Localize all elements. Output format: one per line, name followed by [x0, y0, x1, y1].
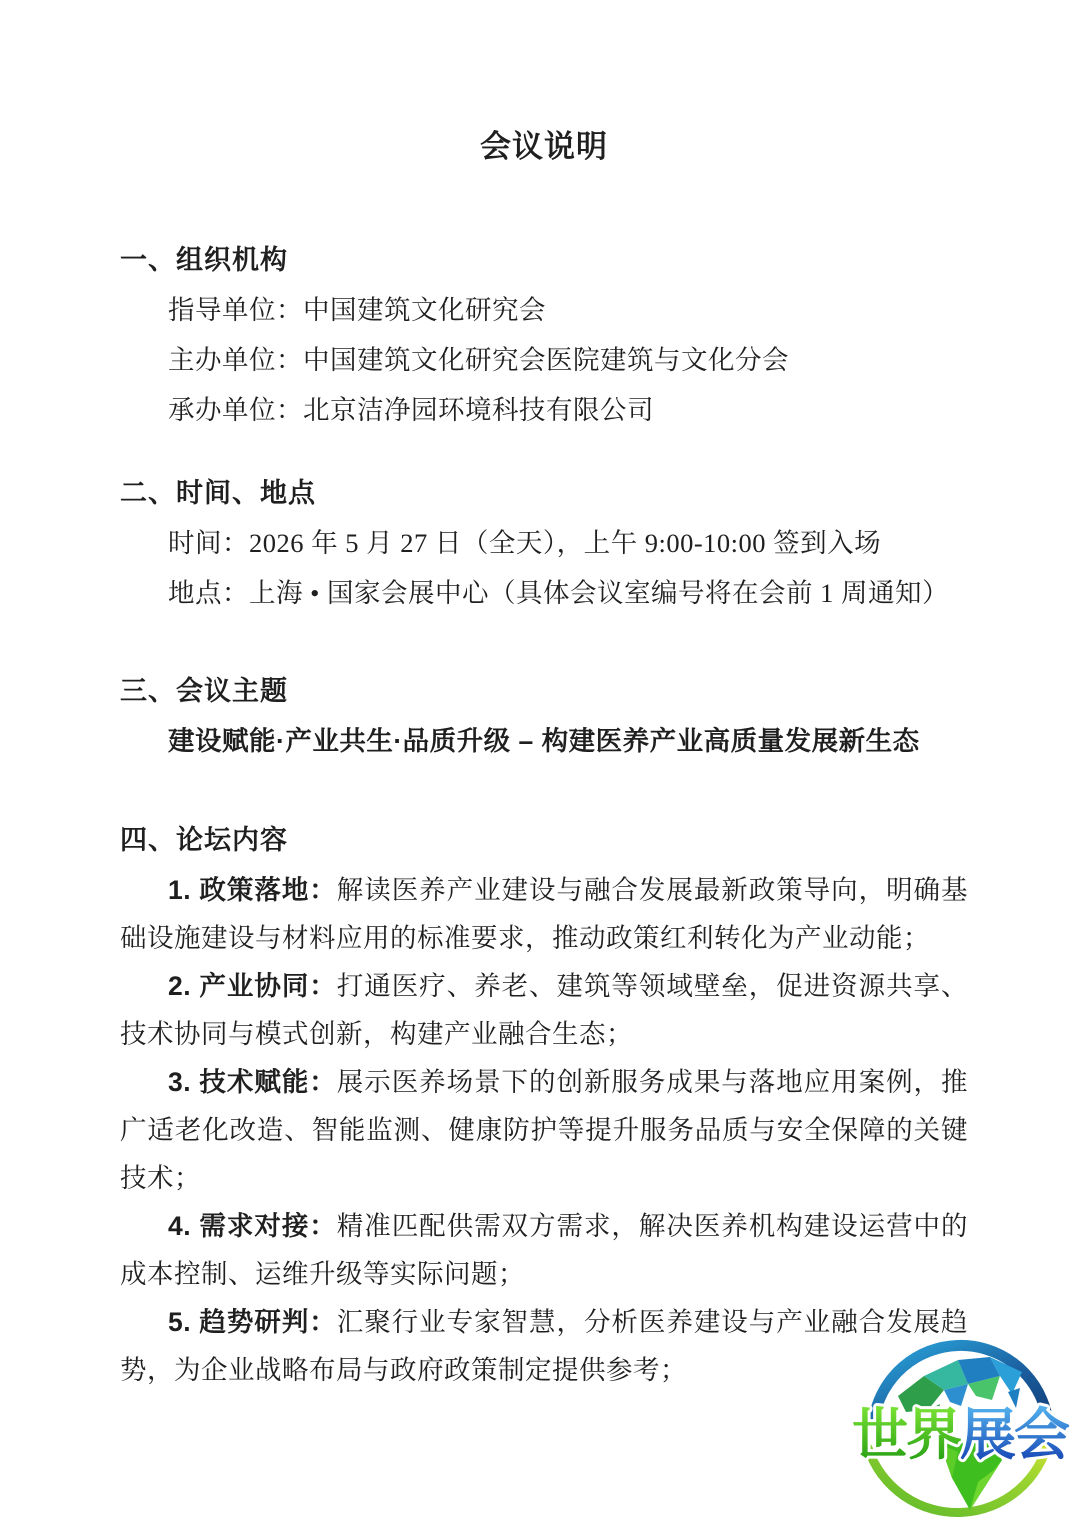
forum-item: 1. 政策落地：解读医养产业建设与融合发展最新政策导向，明确基础设施建设与材料应… — [120, 866, 968, 962]
forum-item: 2. 产业协同：打通医疗、养老、建筑等领域壁垒，促进资源共享、技术协同与模式创新… — [120, 962, 968, 1058]
org-line-guidance: 指导单位：中国建筑文化研究会 — [120, 285, 968, 335]
doc-title: 会议说明 — [120, 128, 968, 166]
org-line-host: 主办单位：中国建筑文化研究会医院建筑与文化分会 — [120, 335, 968, 385]
document-content: 会议说明 一、组织机构 指导单位：中国建筑文化研究会 主办单位：中国建筑文化研究… — [0, 0, 1080, 1394]
forum-item: 3. 技术赋能：展示医养场景下的创新服务成果与落地应用案例，推广适老化改造、智能… — [120, 1058, 968, 1202]
time-line: 时间：2026 年 5 月 27 日（全天），上午 9:00-10:00 签到入… — [120, 518, 968, 568]
forum-item: 4. 需求对接：精准匹配供需双方需求，解决医养机构建设运营中的成本控制、运维升级… — [120, 1202, 968, 1298]
section-forum: 四、论坛内容 1. 政策落地：解读医养产业建设与融合发展最新政策导向，明确基础设… — [120, 822, 968, 1394]
section-theme: 三、会议主题 建设赋能·产业共生·品质升级 – 构建医养产业高质量发展新生态 — [120, 673, 968, 766]
forum-item-label: 1. 政策落地： — [168, 875, 337, 905]
forum-item-label: 2. 产业协同： — [168, 971, 337, 1001]
forum-item-label: 5. 趋势研判： — [168, 1307, 337, 1337]
theme-statement: 建设赋能·产业共生·品质升级 – 构建医养产业高质量发展新生态 — [120, 716, 968, 766]
section-time-place-heading: 二、时间、地点 — [120, 475, 968, 511]
forum-item-label: 4. 需求对接： — [168, 1211, 337, 1241]
forum-item-label: 3. 技术赋能： — [168, 1067, 337, 1097]
logo-text-blue: 展会 — [960, 1403, 1070, 1466]
org-line-organizer: 承办单位：北京洁净园环境科技有限公司 — [120, 385, 968, 435]
section-forum-heading: 四、论坛内容 — [120, 822, 968, 858]
section-time-place: 二、时间、地点 时间：2026 年 5 月 27 日（全天），上午 9:00-1… — [120, 475, 968, 618]
place-line: 地点：上海 • 国家会展中心（具体会议室编号将在会前 1 周通知） — [120, 568, 968, 618]
section-organization-heading: 一、组织机构 — [120, 242, 968, 278]
logo-text: 世界展会 — [852, 1403, 1070, 1466]
section-organization: 一、组织机构 指导单位：中国建筑文化研究会 主办单位：中国建筑文化研究会医院建筑… — [120, 242, 968, 435]
world-expo-logo: 世界展会 — [840, 1332, 1080, 1528]
document-page: 会议说明 一、组织机构 指导单位：中国建筑文化研究会 主办单位：中国建筑文化研究… — [0, 0, 1080, 1528]
logo-text-green: 世界 — [852, 1403, 961, 1466]
section-theme-heading: 三、会议主题 — [120, 673, 968, 709]
